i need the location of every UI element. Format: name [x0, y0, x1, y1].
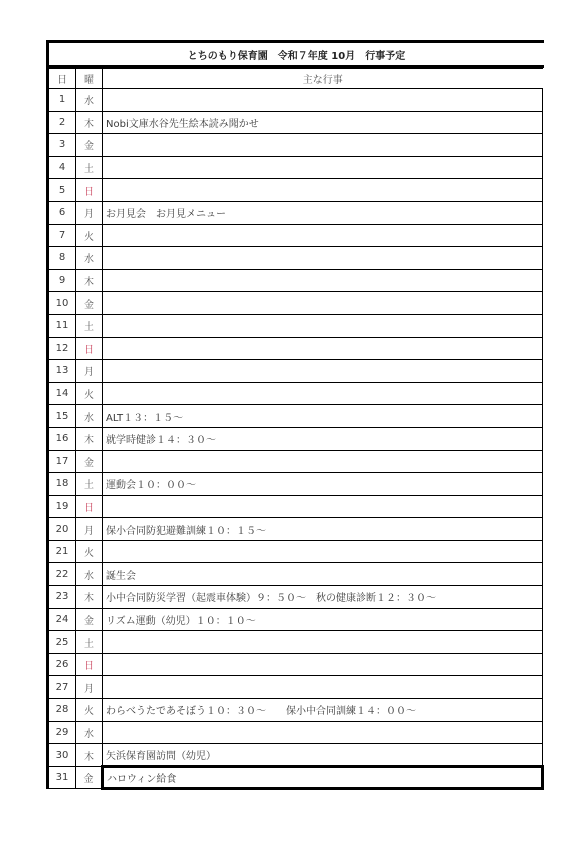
table-row: 28火わらべうたであそぼう１０：３０～ 保小中合同訓練１４：００～	[48, 699, 543, 722]
day-cell: 4	[48, 156, 76, 179]
weekday-cell: 水	[76, 563, 103, 586]
table-row: 1水	[48, 89, 543, 112]
event-cell[interactable]	[103, 382, 543, 405]
schedule-table: 日 曜 主な行事 1水2木Nobi文庫水谷先生絵本読み聞かせ3金4土5日6月お月…	[46, 68, 544, 790]
day-cell: 29	[48, 721, 76, 744]
weekday-cell: 木	[76, 427, 103, 450]
day-cell: 6	[48, 201, 76, 224]
schedule-sheet: とちのもり保育園 令和７年度 10月 行事予定 日 曜 主な行事 1水2木Nob…	[46, 40, 544, 790]
table-row: 24金リズム運動（幼児）１０：１０～	[48, 608, 543, 631]
day-cell: 30	[48, 744, 76, 767]
day-cell: 26	[48, 653, 76, 676]
weekday-cell: 月	[76, 676, 103, 699]
weekday-cell: 水	[76, 89, 103, 112]
table-row: 17金	[48, 450, 543, 473]
weekday-cell: 木	[76, 586, 103, 609]
event-cell[interactable]	[103, 314, 543, 337]
table-row: 16木就学時健診１４：３０～	[48, 427, 543, 450]
event-cell[interactable]	[103, 224, 543, 247]
event-cell[interactable]: 矢浜保育園訪問（幼児）	[103, 744, 543, 767]
event-cell[interactable]	[103, 631, 543, 654]
day-cell: 2	[48, 111, 76, 134]
day-cell: 8	[48, 247, 76, 270]
table-row: 31金ハロウィン給食	[48, 766, 543, 789]
table-row: 26日	[48, 653, 543, 676]
table-row: 5日	[48, 179, 543, 202]
table-row: 10金	[48, 292, 543, 315]
day-cell: 23	[48, 586, 76, 609]
weekday-cell: 土	[76, 473, 103, 496]
event-cell[interactable]	[103, 360, 543, 383]
event-cell[interactable]	[103, 653, 543, 676]
weekday-cell: 火	[76, 224, 103, 247]
day-cell: 22	[48, 563, 76, 586]
event-cell[interactable]	[103, 134, 543, 157]
event-cell[interactable]: ALT１３：１５～	[103, 405, 543, 428]
weekday-cell: 月	[76, 518, 103, 541]
table-row: 4土	[48, 156, 543, 179]
table-row: 2木Nobi文庫水谷先生絵本読み聞かせ	[48, 111, 543, 134]
event-cell[interactable]: 小中合同防災学習（起震車体験）９：５０～ 秋の健康診断１２：３０～	[103, 586, 543, 609]
weekday-cell: 日	[76, 495, 103, 518]
event-cell[interactable]	[103, 269, 543, 292]
table-row: 3金	[48, 134, 543, 157]
weekday-cell: 土	[76, 631, 103, 654]
table-row: 14火	[48, 382, 543, 405]
weekday-cell: 木	[76, 111, 103, 134]
day-cell: 31	[48, 766, 76, 789]
table-row: 8水	[48, 247, 543, 270]
event-cell[interactable]	[103, 337, 543, 360]
day-cell: 9	[48, 269, 76, 292]
weekday-cell: 月	[76, 360, 103, 383]
event-cell[interactable]: お月見会 お月見メニュー	[103, 201, 543, 224]
table-row: 30木矢浜保育園訪問（幼児）	[48, 744, 543, 767]
table-row: 7火	[48, 224, 543, 247]
weekday-cell: 土	[76, 314, 103, 337]
table-row: 22水誕生会	[48, 563, 543, 586]
day-cell: 24	[48, 608, 76, 631]
table-row: 15水ALT１３：１５～	[48, 405, 543, 428]
table-row: 6月お月見会 お月見メニュー	[48, 201, 543, 224]
event-cell[interactable]: わらべうたであそぼう１０：３０～ 保小中合同訓練１４：００～	[103, 699, 543, 722]
event-cell[interactable]	[103, 89, 543, 112]
event-cell[interactable]: 運動会１０：００～	[103, 473, 543, 496]
weekday-cell: 木	[76, 744, 103, 767]
event-cell[interactable]	[103, 540, 543, 563]
table-row: 25土	[48, 631, 543, 654]
day-cell: 1	[48, 89, 76, 112]
event-cell[interactable]	[103, 721, 543, 744]
weekday-cell: 木	[76, 269, 103, 292]
event-cell[interactable]: ハロウィン給食	[103, 766, 543, 789]
day-cell: 25	[48, 631, 76, 654]
table-row: 9木	[48, 269, 543, 292]
day-cell: 21	[48, 540, 76, 563]
schedule-title: とちのもり保育園 令和７年度 10月 行事予定	[46, 40, 544, 68]
table-row: 20月保小合同防犯避難訓練１０：１５～	[48, 518, 543, 541]
table-row: 13月	[48, 360, 543, 383]
event-cell[interactable]	[103, 156, 543, 179]
weekday-cell: 日	[76, 653, 103, 676]
day-cell: 17	[48, 450, 76, 473]
event-cell[interactable]: 誕生会	[103, 563, 543, 586]
weekday-cell: 日	[76, 337, 103, 360]
weekday-cell: 日	[76, 179, 103, 202]
day-cell: 7	[48, 224, 76, 247]
event-cell[interactable]	[103, 179, 543, 202]
table-row: 11土	[48, 314, 543, 337]
day-cell: 19	[48, 495, 76, 518]
day-cell: 3	[48, 134, 76, 157]
weekday-cell: 水	[76, 721, 103, 744]
event-cell[interactable]	[103, 450, 543, 473]
table-row: 29水	[48, 721, 543, 744]
event-cell[interactable]	[103, 292, 543, 315]
header-weekday: 曜	[76, 69, 103, 89]
weekday-cell: 金	[76, 134, 103, 157]
day-cell: 5	[48, 179, 76, 202]
table-row: 12日	[48, 337, 543, 360]
weekday-cell: 火	[76, 540, 103, 563]
table-row: 21火	[48, 540, 543, 563]
event-cell[interactable]: リズム運動（幼児）１０：１０～	[103, 608, 543, 631]
day-cell: 13	[48, 360, 76, 383]
event-cell[interactable]	[103, 247, 543, 270]
weekday-cell: 水	[76, 247, 103, 270]
day-cell: 18	[48, 473, 76, 496]
table-row: 18土運動会１０：００～	[48, 473, 543, 496]
table-row: 27月	[48, 676, 543, 699]
weekday-cell: 火	[76, 382, 103, 405]
day-cell: 27	[48, 676, 76, 699]
day-cell: 20	[48, 518, 76, 541]
weekday-cell: 水	[76, 405, 103, 428]
day-cell: 10	[48, 292, 76, 315]
header-row: 日 曜 主な行事	[48, 69, 543, 89]
weekday-cell: 金	[76, 292, 103, 315]
event-cell[interactable]: 保小合同防犯避難訓練１０：１５～	[103, 518, 543, 541]
weekday-cell: 土	[76, 156, 103, 179]
day-cell: 14	[48, 382, 76, 405]
day-cell: 28	[48, 699, 76, 722]
weekday-cell: 月	[76, 201, 103, 224]
event-cell[interactable]	[103, 495, 543, 518]
header-events: 主な行事	[103, 69, 543, 89]
day-cell: 16	[48, 427, 76, 450]
day-cell: 11	[48, 314, 76, 337]
weekday-cell: 金	[76, 450, 103, 473]
day-cell: 15	[48, 405, 76, 428]
event-cell[interactable]: 就学時健診１４：３０～	[103, 427, 543, 450]
table-row: 19日	[48, 495, 543, 518]
weekday-cell: 金	[76, 608, 103, 631]
event-cell[interactable]	[103, 676, 543, 699]
weekday-cell: 火	[76, 699, 103, 722]
event-cell[interactable]: Nobi文庫水谷先生絵本読み聞かせ	[103, 111, 543, 134]
header-day: 日	[48, 69, 76, 89]
table-row: 23木小中合同防災学習（起震車体験）９：５０～ 秋の健康診断１２：３０～	[48, 586, 543, 609]
weekday-cell: 金	[76, 766, 103, 789]
day-cell: 12	[48, 337, 76, 360]
